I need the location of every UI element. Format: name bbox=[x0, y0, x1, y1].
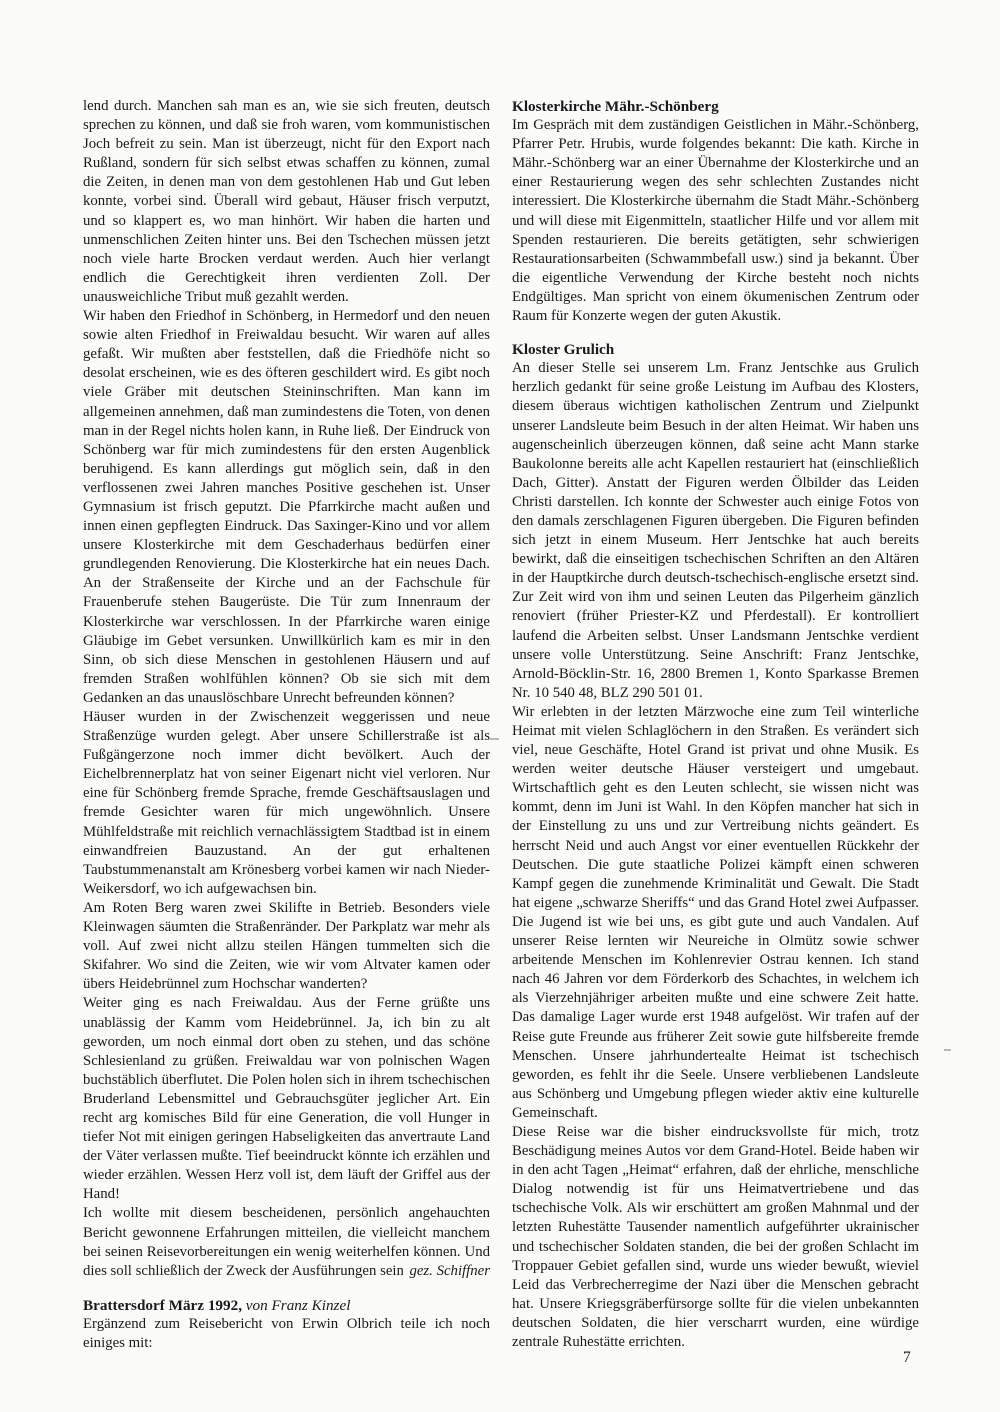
paragraph-brattersdorf-intro: Ergänzend zum Reisebericht von Erwin Olb… bbox=[83, 1315, 490, 1353]
paragraph-roter-berg: Am Roten Berg waren zwei Skilifte in Bet… bbox=[83, 899, 490, 994]
section-heading-kloster-grulich: Kloster Grulich bbox=[512, 340, 919, 359]
page-number: 7 bbox=[903, 1348, 911, 1367]
heading-title-bold: Brattersdorf März 1992, bbox=[83, 1297, 242, 1314]
paragraph-closing: Ich wollte mit diesem bescheidenen, pers… bbox=[83, 1204, 490, 1280]
paragraph-klosterkirche: Im Gespräch mit dem zuständigen Geistlic… bbox=[512, 116, 919, 326]
paragraph-streets: Häuser wurden in der Zwischenzeit wegger… bbox=[83, 708, 490, 899]
paragraph-freiwaldau: Weiter ging es nach Freiwaldau. Aus der … bbox=[83, 994, 490, 1204]
section-heading-brattersdorf: Brattersdorf März 1992, von Franz Kinzel bbox=[83, 1296, 490, 1315]
paragraph-rebuilding: lend durch. Manchen sah man es an, wie s… bbox=[83, 97, 490, 307]
right-column: Klosterkirche Mähr.-Schönberg Im Gespräc… bbox=[512, 97, 919, 1352]
paragraph-cemeteries: Wir haben den Friedhof in Schönberg, in … bbox=[83, 307, 490, 708]
left-column: lend durch. Manchen sah man es an, wie s… bbox=[83, 97, 490, 1353]
paragraph-kloster-grulich: An dieser Stelle sei unserem Lm. Franz J… bbox=[512, 359, 919, 703]
scan-artifact-dash bbox=[490, 738, 499, 740]
signature-schiffner: gez. Schiffner bbox=[403, 1262, 490, 1281]
document-page: lend durch. Manchen sah man es an, wie s… bbox=[0, 0, 1000, 1412]
scan-artifact-dash bbox=[944, 1049, 951, 1051]
section-heading-klosterkirche: Klosterkirche Mähr.-Schönberg bbox=[512, 97, 919, 116]
paragraph-maerzwoche: Wir erlebten in der letzten Märzwoche ei… bbox=[512, 703, 919, 1123]
heading-author-italic: von Franz Kinzel bbox=[246, 1297, 351, 1314]
paragraph-reise-fazit: Diese Reise war die bisher eindrucksvoll… bbox=[512, 1123, 919, 1352]
